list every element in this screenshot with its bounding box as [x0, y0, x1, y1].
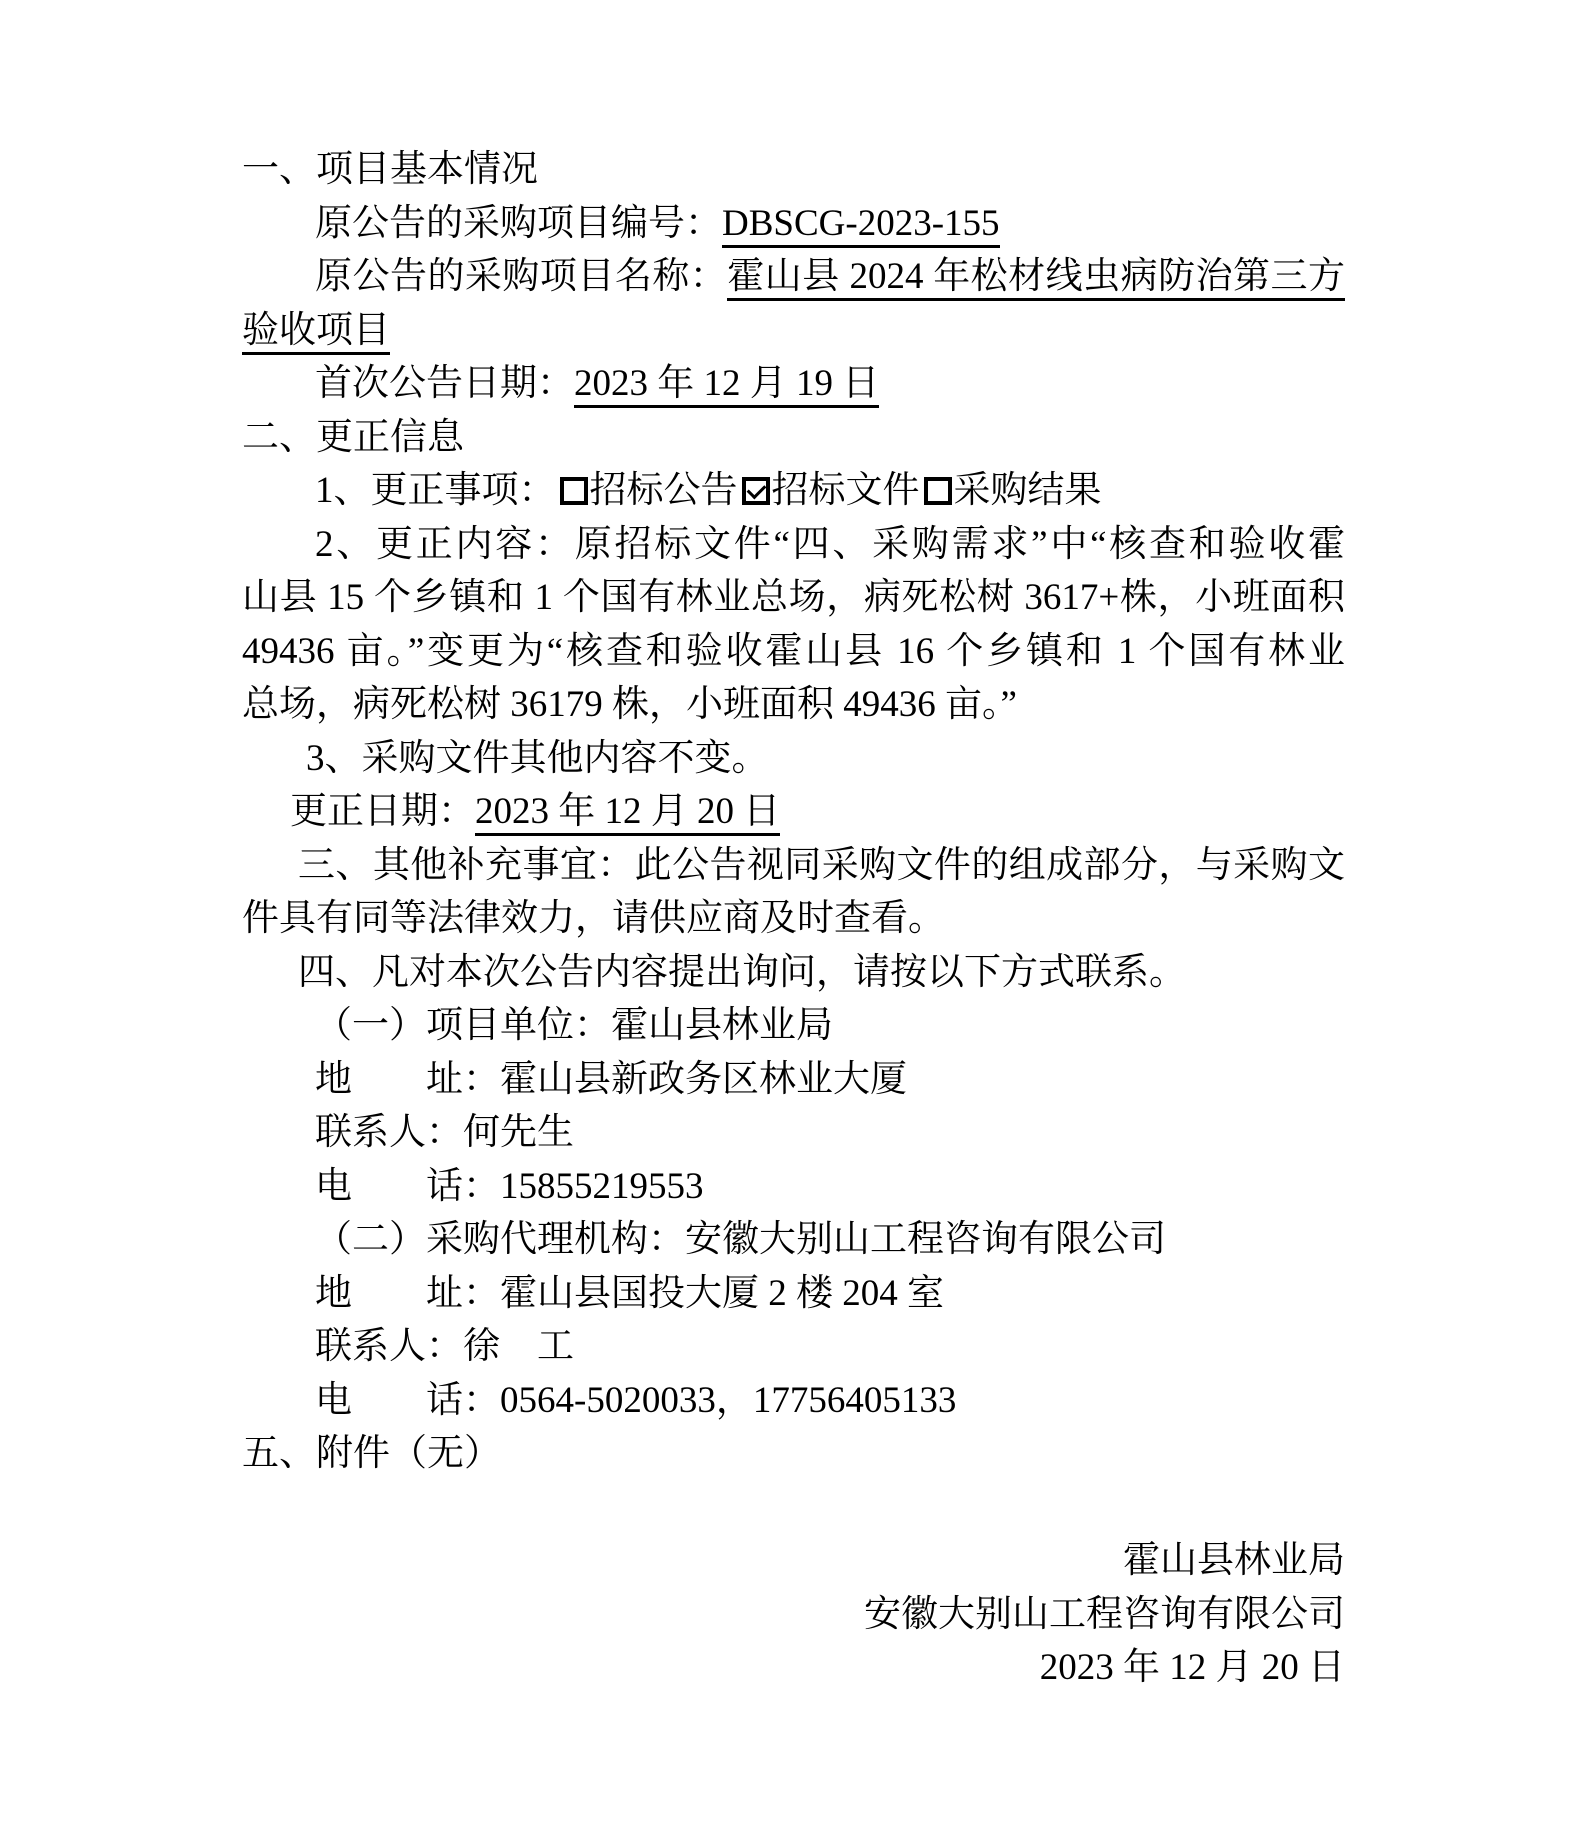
checkbox-option-bid-announcement: 招标公告	[556, 470, 738, 511]
checkbox-label-bid-document: 招标文件	[772, 470, 920, 511]
project-number-label: 原公告的采购项目编号：	[315, 203, 722, 244]
document-content: 一、项目基本情况 原公告的采购项目编号：DBSCG-2023-155 原公告的采…	[242, 143, 1345, 1695]
section4-heading: 四、凡对本次公告内容提出询问，请按以下方式联系。	[242, 946, 1345, 1000]
checkbox-icon	[924, 477, 952, 505]
section1-heading: 一、项目基本情况	[242, 143, 1345, 197]
unit2-address-line: 地 址：霍山县国投大厦 2 楼 204 室	[242, 1267, 1345, 1321]
correction-date-label: 更正日期：	[290, 791, 475, 832]
unit1-phone-line: 电 话：15855219553	[242, 1160, 1345, 1214]
document-page: 一、项目基本情况 原公告的采购项目编号：DBSCG-2023-155 原公告的采…	[0, 0, 1587, 1848]
signature-date: 2023 年 12 月 20 日	[242, 1641, 1345, 1695]
section3-line-2: 件具有同等法律效力，请供应商及时查看。	[242, 892, 1345, 946]
unit1-title-line: （一）项目单位：霍山县林业局	[242, 999, 1345, 1053]
project-name-wrap-line: 验收项目	[242, 304, 1345, 358]
project-number-value: DBSCG-2023-155	[722, 203, 1000, 248]
checkbox-option-procurement-result: 采购结果	[920, 470, 1102, 511]
checkbox-icon	[742, 477, 770, 505]
correction-item3-line: 3、采购文件其他内容不变。	[242, 732, 1345, 786]
correction-date-value: 2023 年 12 月 20 日	[475, 791, 780, 836]
original-project-name-line: 原公告的采购项目名称：霍山县 2024 年松材线虫病防治第三方	[242, 250, 1345, 304]
first-announce-date-value: 2023 年 12 月 19 日	[574, 363, 879, 408]
checkbox-label-procurement-result: 采购结果	[954, 470, 1102, 511]
signature-org1: 霍山县林业局	[242, 1534, 1345, 1588]
original-project-number-line: 原公告的采购项目编号：DBSCG-2023-155	[242, 197, 1345, 251]
section5-heading: 五、附件（无）	[242, 1427, 1345, 1481]
signature-block: 霍山县林业局 安徽大别山工程咨询有限公司 2023 年 12 月 20 日	[242, 1534, 1345, 1695]
unit1-address-line: 地 址：霍山县新政务区林业大厦	[242, 1053, 1345, 1107]
project-name-value-part1: 霍山县 2024 年松材线虫病防治第三方	[727, 256, 1345, 301]
correction-items-line: 1、更正事项：招标公告招标文件采购结果	[242, 464, 1345, 518]
unit2-contact-line: 联系人：徐 工	[242, 1320, 1345, 1374]
section2-heading: 二、更正信息	[242, 411, 1345, 465]
project-name-label: 原公告的采购项目名称：	[315, 256, 727, 297]
section3-line-1: 三、其他补充事宜：此公告视同采购文件的组成部分，与采购文	[242, 839, 1345, 893]
unit2-title-line: （二）采购代理机构：安徽大别山工程咨询有限公司	[242, 1213, 1345, 1267]
correction-content-line-1: 2、更正内容：原招标文件“四、采购需求”中“核查和验收霍	[242, 518, 1345, 572]
correction-date-line: 更正日期：2023 年 12 月 20 日	[242, 785, 1345, 839]
project-name-value-part2: 验收项目	[242, 310, 390, 355]
checkbox-icon	[560, 477, 588, 505]
correction-content-line-2: 山县 15 个乡镇和 1 个国有林业总场，病死松树 3617+株，小班面积	[242, 571, 1345, 625]
unit2-phone-line: 电 话：0564-5020033，17756405133	[242, 1374, 1345, 1428]
checkbox-label-bid-announcement: 招标公告	[590, 470, 738, 511]
correction-content-line-4: 总场，病死松树 36179 株，小班面积 49436 亩。”	[242, 678, 1345, 732]
first-announce-date-label: 首次公告日期：	[315, 363, 574, 404]
unit1-contact-line: 联系人：何先生	[242, 1106, 1345, 1160]
checkbox-option-bid-document: 招标文件	[738, 470, 920, 511]
correction-items-label: 1、更正事项：	[315, 470, 556, 511]
signature-org2: 安徽大别山工程咨询有限公司	[242, 1588, 1345, 1642]
correction-content-line-3: 49436 亩。”变更为“核查和验收霍山县 16 个乡镇和 1 个国有林业	[242, 625, 1345, 679]
first-announcement-date-line: 首次公告日期：2023 年 12 月 19 日	[242, 357, 1345, 411]
